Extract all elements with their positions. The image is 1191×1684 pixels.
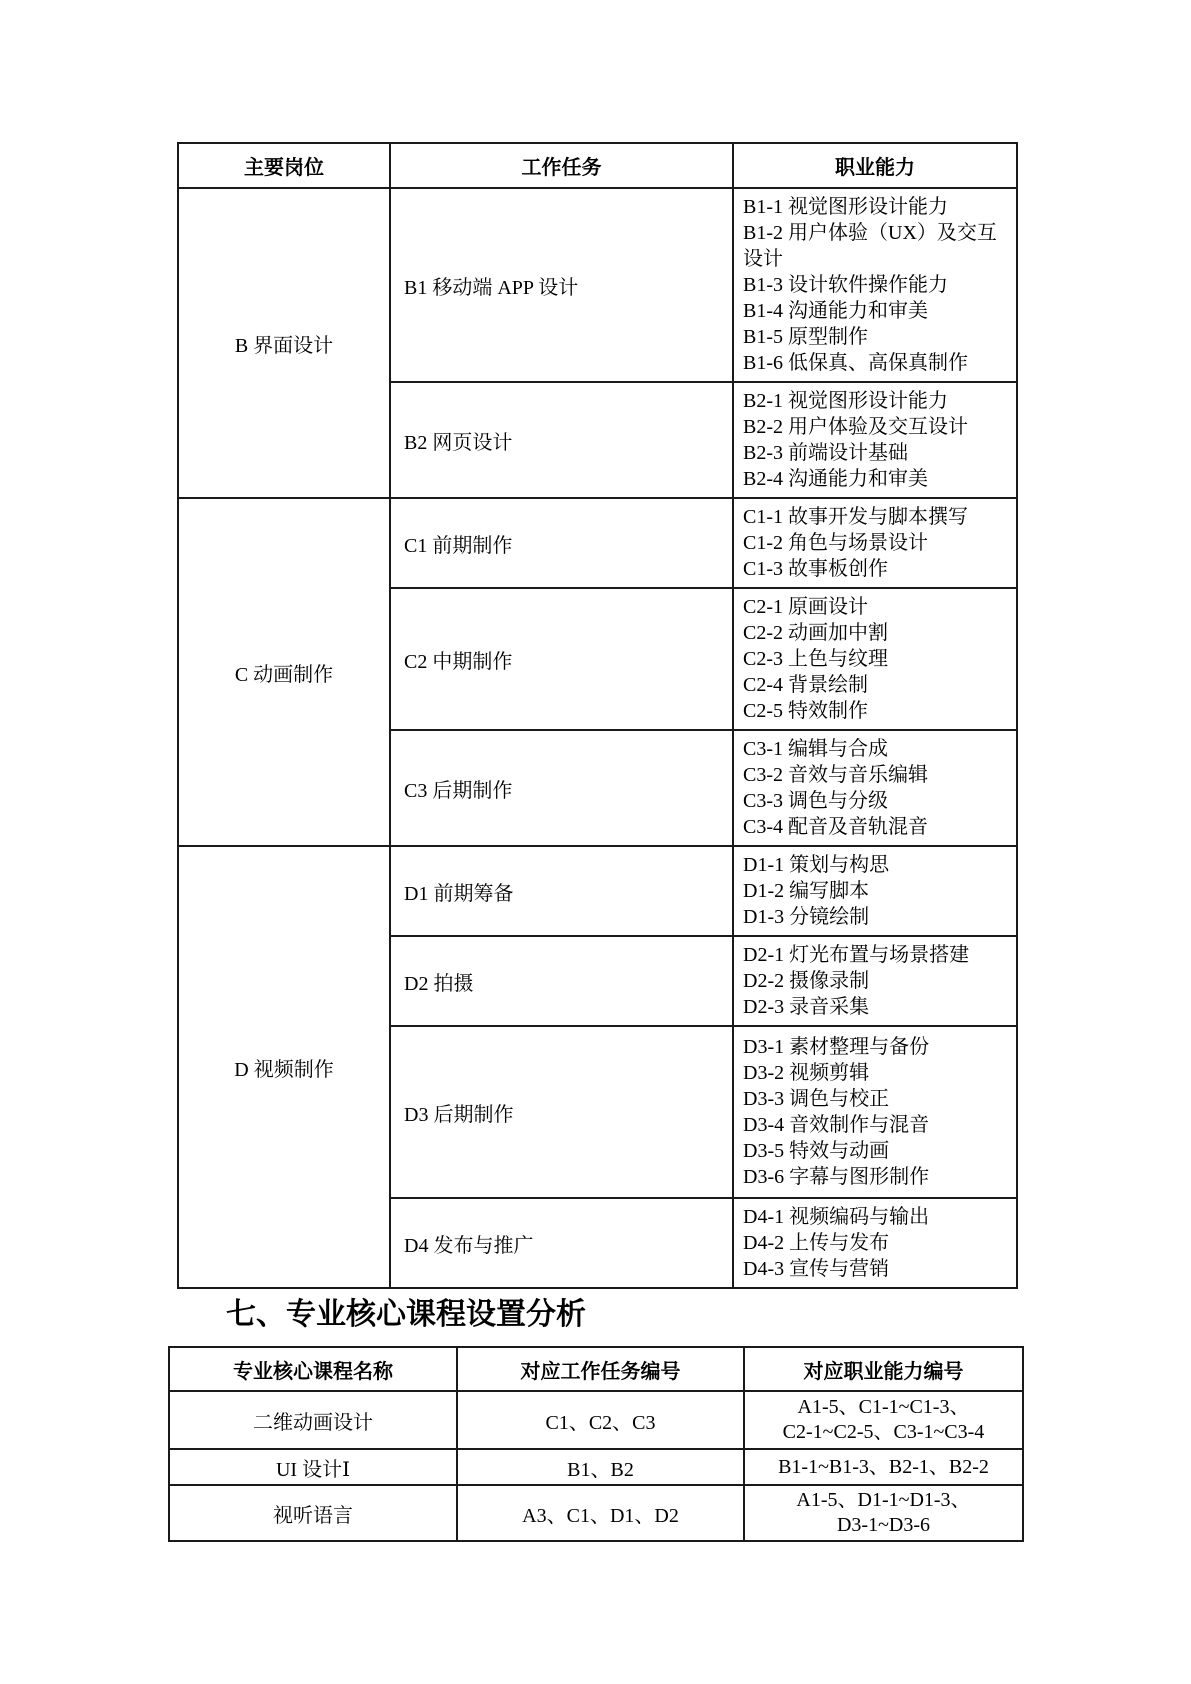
ability-line: D3-2 视频剪辑 bbox=[743, 1060, 1000, 1086]
ability-line: D2-2 摄像录制 bbox=[743, 968, 1000, 994]
table2-header-task-codes: 对应工作任务编号 bbox=[457, 1347, 744, 1391]
ability-line: C3-4 配音及音轨混音 bbox=[743, 814, 1000, 840]
abilities-cell-c3: C3-1 编辑与合成 C3-2 音效与音乐编辑 C3-3 调色与分级 C3-4 … bbox=[733, 730, 1017, 846]
ability-line: C3-2 音效与音乐编辑 bbox=[743, 762, 1000, 788]
ability-line: C2-3 上色与纹理 bbox=[743, 646, 1000, 672]
ability-line: D4-2 上传与发布 bbox=[743, 1230, 1000, 1256]
table2-header-ability-codes: 对应职业能力编号 bbox=[744, 1347, 1023, 1391]
abilities-cell-d2: D2-1 灯光布置与场景搭建 D2-2 摄像录制 D2-3 录音采集 bbox=[733, 936, 1017, 1026]
ability-line: D3-3 调色与校正 bbox=[743, 1086, 1000, 1112]
table1-header-row: 主要岗位 工作任务 职业能力 bbox=[178, 143, 1017, 188]
ability-codes-cell: B1-1~B1-3、B2-1、B2-2 bbox=[744, 1449, 1023, 1485]
ability-line: C2-1 原画设计 bbox=[743, 594, 1000, 620]
ability-line: C1-3 故事板创作 bbox=[743, 556, 1000, 582]
ability-line: C3-1 编辑与合成 bbox=[743, 736, 1000, 762]
position-cell-c: C 动画制作 bbox=[178, 498, 390, 846]
abilities-cell-c1: C1-1 故事开发与脚本撰写 C1-2 角色与场景设计 C1-3 故事板创作 bbox=[733, 498, 1017, 588]
position-cell-b: B 界面设计 bbox=[178, 188, 390, 498]
task-codes-cell: A3、C1、D1、D2 bbox=[457, 1485, 744, 1541]
ability-line: D2-1 灯光布置与场景搭建 bbox=[743, 942, 1000, 968]
ability-line: B2-3 前端设计基础 bbox=[743, 440, 1000, 466]
ability-codes-line: A1-5、C1-1~C1-3、 bbox=[749, 1395, 1018, 1420]
ability-line: B1-6 低保真、高保真制作 bbox=[743, 350, 1000, 376]
task-cell-c2: C2 中期制作 bbox=[390, 588, 733, 730]
ability-line: D3-5 特效与动画 bbox=[743, 1138, 1000, 1164]
task-cell-d3: D3 后期制作 bbox=[390, 1026, 733, 1198]
ability-line: C2-5 特效制作 bbox=[743, 698, 1000, 724]
ability-line: D3-6 字幕与图形制作 bbox=[743, 1164, 1000, 1190]
abilities-cell-b2: B2-1 视觉图形设计能力 B2-2 用户体验及交互设计 B2-3 前端设计基础… bbox=[733, 382, 1017, 498]
ability-line: B1-1 视觉图形设计能力 bbox=[743, 194, 1000, 220]
ability-line: B1-5 原型制作 bbox=[743, 324, 1000, 350]
table2-row-audiovisual-language: 视听语言 A3、C1、D1、D2 A1-5、D1-1~D1-3、 D3-1~D3… bbox=[169, 1485, 1023, 1541]
ability-line: B2-1 视觉图形设计能力 bbox=[743, 388, 1000, 414]
table1-row-d1: D 视频制作 D1 前期筹备 D1-1 策划与构思 D1-2 编写脚本 D1-3… bbox=[178, 846, 1017, 936]
abilities-cell-c2: C2-1 原画设计 C2-2 动画加中割 C2-3 上色与纹理 C2-4 背景绘… bbox=[733, 588, 1017, 730]
ability-line: C3-3 调色与分级 bbox=[743, 788, 1000, 814]
task-cell-c3: C3 后期制作 bbox=[390, 730, 733, 846]
ability-line: B2-2 用户体验及交互设计 bbox=[743, 414, 1000, 440]
task-cell-b1: B1 移动端 APP 设计 bbox=[390, 188, 733, 382]
table2-header-course: 专业核心课程名称 bbox=[169, 1347, 457, 1391]
ability-line: D2-3 录音采集 bbox=[743, 994, 1000, 1020]
ability-line: D3-1 素材整理与备份 bbox=[743, 1034, 1000, 1060]
table1-header-ability: 职业能力 bbox=[733, 143, 1017, 188]
ability-line: C1-2 角色与场景设计 bbox=[743, 530, 1000, 556]
table2-row-ui-design: UI 设计Ⅰ B1、B2 B1-1~B1-3、B2-1、B2-2 bbox=[169, 1449, 1023, 1485]
ability-line: D1-3 分镜绘制 bbox=[743, 904, 1000, 930]
table1-row-c1: C 动画制作 C1 前期制作 C1-1 故事开发与脚本撰写 C1-2 角色与场景… bbox=[178, 498, 1017, 588]
task-codes-cell: B1、B2 bbox=[457, 1449, 744, 1485]
position-cell-d: D 视频制作 bbox=[178, 846, 390, 1288]
document-page: 主要岗位 工作任务 职业能力 B 界面设计 B1 移动端 APP 设计 B1-1… bbox=[0, 0, 1191, 1684]
task-cell-d4: D4 发布与推广 bbox=[390, 1198, 733, 1288]
abilities-cell-d1: D1-1 策划与构思 D1-2 编写脚本 D1-3 分镜绘制 bbox=[733, 846, 1017, 936]
table1-header-position: 主要岗位 bbox=[178, 143, 390, 188]
ability-line: D1-1 策划与构思 bbox=[743, 852, 1000, 878]
ability-codes-line: C2-1~C2-5、C3-1~C3-4 bbox=[749, 1420, 1018, 1445]
ability-line: B1-3 设计软件操作能力 bbox=[743, 272, 1000, 298]
abilities-cell-d3: D3-1 素材整理与备份 D3-2 视频剪辑 D3-3 调色与校正 D3-4 音… bbox=[733, 1026, 1017, 1198]
table2-header-row: 专业核心课程名称 对应工作任务编号 对应职业能力编号 bbox=[169, 1347, 1023, 1391]
ability-line: C2-4 背景绘制 bbox=[743, 672, 1000, 698]
task-cell-b2: B2 网页设计 bbox=[390, 382, 733, 498]
ability-line: B1-4 沟通能力和审美 bbox=[743, 298, 1000, 324]
task-cell-d2: D2 拍摄 bbox=[390, 936, 733, 1026]
ability-line: B1-2 用户体验（UX）及交互设计 bbox=[743, 220, 1000, 272]
table1-header-task: 工作任务 bbox=[390, 143, 733, 188]
ability-line: C2-2 动画加中割 bbox=[743, 620, 1000, 646]
abilities-cell-b1: B1-1 视觉图形设计能力 B1-2 用户体验（UX）及交互设计 B1-3 设计… bbox=[733, 188, 1017, 382]
table2-row-2d-animation: 二维动画设计 C1、C2、C3 A1-5、C1-1~C1-3、 C2-1~C2-… bbox=[169, 1391, 1023, 1449]
ability-line: D4-1 视频编码与输出 bbox=[743, 1204, 1000, 1230]
section-heading: 七、专业核心课程设置分析 bbox=[226, 1297, 586, 1333]
table1-row-b1: B 界面设计 B1 移动端 APP 设计 B1-1 视觉图形设计能力 B1-2 … bbox=[178, 188, 1017, 382]
course-name-cell: 二维动画设计 bbox=[169, 1391, 457, 1449]
positions-tasks-abilities-table: 主要岗位 工作任务 职业能力 B 界面设计 B1 移动端 APP 设计 B1-1… bbox=[177, 142, 1018, 1289]
course-name-cell: UI 设计Ⅰ bbox=[169, 1449, 457, 1485]
abilities-cell-d4: D4-1 视频编码与输出 D4-2 上传与发布 D4-3 宣传与营销 bbox=[733, 1198, 1017, 1288]
ability-line: D3-4 音效制作与混音 bbox=[743, 1112, 1000, 1138]
ability-codes-cell: A1-5、C1-1~C1-3、 C2-1~C2-5、C3-1~C3-4 bbox=[744, 1391, 1023, 1449]
ability-codes-cell: A1-5、D1-1~D1-3、 D3-1~D3-6 bbox=[744, 1485, 1023, 1541]
task-codes-cell: C1、C2、C3 bbox=[457, 1391, 744, 1449]
course-name-cell: 视听语言 bbox=[169, 1485, 457, 1541]
ability-line: B2-4 沟通能力和审美 bbox=[743, 466, 1000, 492]
ability-codes-line: D3-1~D3-6 bbox=[749, 1513, 1018, 1538]
core-courses-table: 专业核心课程名称 对应工作任务编号 对应职业能力编号 二维动画设计 C1、C2、… bbox=[168, 1346, 1024, 1542]
ability-codes-line: B1-1~B1-3、B2-1、B2-2 bbox=[749, 1455, 1018, 1480]
task-cell-c1: C1 前期制作 bbox=[390, 498, 733, 588]
ability-line: D1-2 编写脚本 bbox=[743, 878, 1000, 904]
ability-line: C1-1 故事开发与脚本撰写 bbox=[743, 504, 1000, 530]
task-cell-d1: D1 前期筹备 bbox=[390, 846, 733, 936]
ability-line: D4-3 宣传与营销 bbox=[743, 1256, 1000, 1282]
ability-codes-line: A1-5、D1-1~D1-3、 bbox=[749, 1488, 1018, 1513]
